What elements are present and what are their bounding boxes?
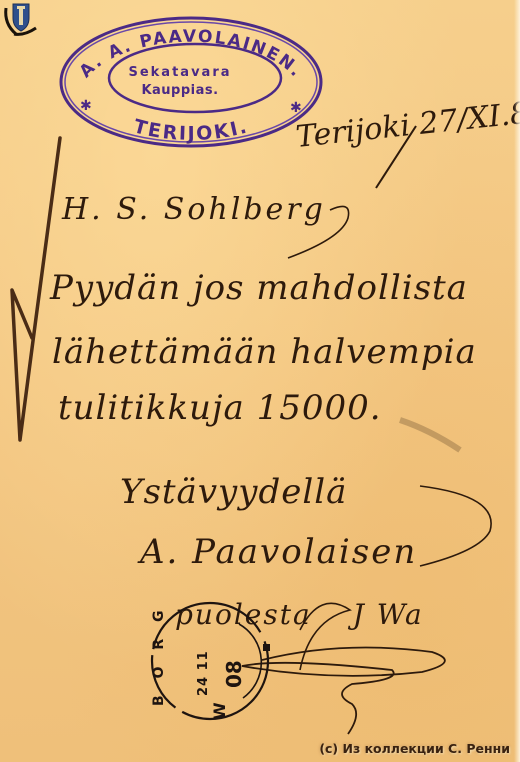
addressee-line: H. S. Sohlberg xyxy=(62,192,326,227)
postcard: terijoki.spb.ru A. A. PAAVOLAINEN. TERIJ… xyxy=(0,0,520,762)
stamp-center-line2: Kauppias. xyxy=(110,83,250,98)
shield-logo-icon xyxy=(2,2,40,36)
stamp-star-right: ✱ xyxy=(290,100,302,116)
closing-line: Ystävyydellä xyxy=(120,472,347,512)
body-line-2: lähettämään halvempia xyxy=(52,332,477,372)
postmark-letters: B O R G xyxy=(151,605,167,706)
stamp-center-line1: Sekatavara xyxy=(110,65,250,80)
body-line-3: tulitikkuja 15000. xyxy=(58,388,382,428)
svg-text:TERIJOKI.: TERIJOKI. xyxy=(131,115,250,145)
postmark-date: 24 11 xyxy=(196,650,211,696)
stamp-bottom-arc: TERIJOKI. xyxy=(131,115,250,145)
postmark-cancel: B O R G 24 11 08 W xyxy=(145,596,275,726)
body-line-1: Pyydän jos mahdollista xyxy=(50,268,468,308)
signature-line-1: A. Paavolaisen xyxy=(140,532,417,572)
merchant-stamp: A. A. PAAVOLAINEN. TERIJOKI. ✱ ✱ xyxy=(58,14,324,150)
postmark-year: 08 xyxy=(222,660,246,688)
stamp-star-left: ✱ xyxy=(80,98,92,114)
signature-initials: J Wa xyxy=(353,598,424,631)
collection-watermark: (c) Из коллекции С. Ренни xyxy=(319,741,510,756)
date-line: Terijoki 27/XI.8. xyxy=(294,95,520,155)
postmark-letter-bottom: W xyxy=(210,702,229,720)
